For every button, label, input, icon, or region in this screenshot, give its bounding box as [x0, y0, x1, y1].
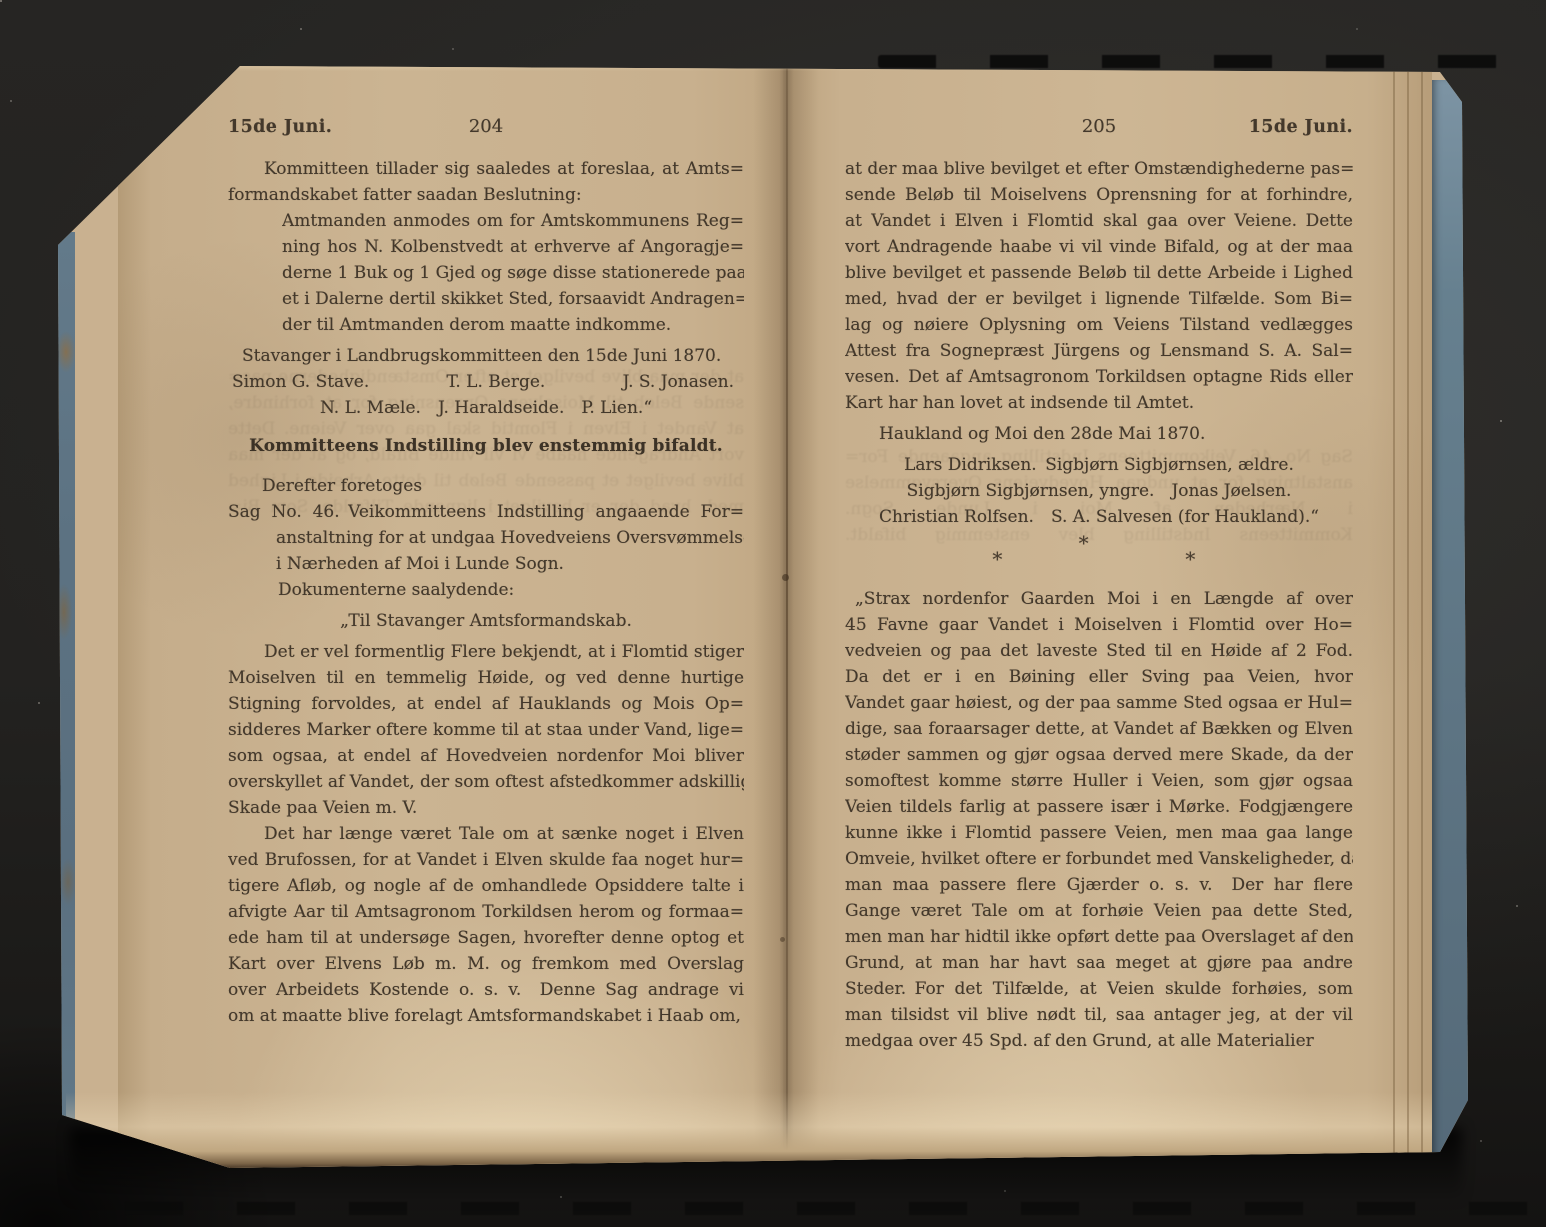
text-line: Vandet gaar høiest, og der paa samme Ste… [845, 690, 1353, 716]
text-line: sidderes Marker oftere komme til at staa… [228, 717, 744, 743]
text-line: ved Brufossen, for at Vandet i Elven sku… [228, 847, 744, 873]
text-line: Steder. For det Tilfælde, at Veien skuld… [845, 976, 1353, 1002]
separator-asterisk: * [1185, 546, 1195, 572]
text-line: „Strax nordenfor Gaarden Moi i en Længde… [845, 586, 1353, 612]
text-line: kunne ikke i Flomtid passere Veien, men … [845, 820, 1353, 846]
text-block: „Til Stavanger Amtsformandskab. [228, 608, 744, 634]
asterisk-separator: *** [845, 534, 1353, 584]
text-line: derne 1 Buk og 1 Gjed og søge disse stat… [282, 260, 744, 286]
text-line: Christian Rolfsen. S. A. Salvesen (for H… [845, 504, 1353, 530]
text-line: Det har længe været Tale om at sænke nog… [228, 821, 744, 847]
text-line: man tilsidst vil blive nødt til, saa ant… [845, 1002, 1353, 1028]
text-line: Dokumenterne saalydende: [278, 577, 744, 603]
right-page-text-column: 205 15de Juni. at der maa blive bevilget… [845, 114, 1353, 1054]
text-line: om at maatte blive forelagt Amtsformands… [228, 1003, 744, 1029]
text-line: vedveien og paa det laveste Sted til en … [845, 638, 1353, 664]
text-block: Det er vel formentlig Flere bekjendt, at… [228, 639, 744, 821]
separator-asterisk: * [992, 546, 1002, 572]
text-block: Lars Didriksen. Sigbjørn Sigbjørnsen, æl… [845, 452, 1353, 530]
text-line: et i Dalerne dertil skikket Sted, forsaa… [282, 286, 744, 312]
text-line: Kommitteens Indstilling blev enstemmig b… [228, 433, 744, 459]
page-number-left: 204 [228, 114, 744, 140]
text-line: vort Andragende haabe vi vil vinde Bifal… [845, 234, 1353, 260]
text-line: Haukland og Moi den 28de Mai 1870. [879, 421, 1353, 447]
text-line: Lars Didriksen. Sigbjørn Sigbjørnsen, æl… [845, 452, 1353, 478]
book-cover-edge-right [1432, 80, 1470, 1154]
text-line: Attest fra Sognepræst Jürgens og Lensman… [845, 338, 1353, 364]
text-line: anstaltning for at undgaa Hovedveiens Ov… [228, 525, 744, 551]
text-line: N. L. Mæle. J. Haraldseide. P. Lien.“ [228, 395, 744, 421]
text-block: Sag No. 46. Veikommitteens Indstilling a… [228, 499, 744, 577]
text-line: at Vandet i Elven i Flomtid skal gaa ove… [845, 208, 1353, 234]
signature-name: T. L. Berge. [447, 369, 546, 395]
book-gutter [753, 62, 819, 1168]
text-line: formandskabet fatter saadan Beslutning: [228, 182, 744, 208]
signature-name: Simon G. Stave. [232, 369, 369, 395]
text-line: Kart over Elvens Løb m. M. og fremkom me… [228, 951, 744, 977]
left-page-text-column: 15de Juni. 204 Kommitteen tillader sig s… [228, 114, 744, 1029]
text-line: overskyllet af Vandet, der som oftest af… [228, 769, 744, 795]
text-line: vesen. Det af Amtsagronom Torkildsen opt… [845, 364, 1353, 390]
text-line: i Nærheden af Moi i Lunde Sogn. [228, 551, 744, 577]
text-line: lag og nøiere Oplysning om Veiens Tilsta… [845, 312, 1353, 338]
text-line: Moiselven til en temmelig Høide, og ved … [228, 665, 744, 691]
text-block: at der maa blive bevilget et efter Omstæ… [845, 156, 1353, 416]
text-block: Det har længe været Tale om at sænke nog… [228, 821, 744, 1029]
dust-specks [0, 0, 2, 2]
text-line: Grund, at man har havt saa meget at gjør… [845, 950, 1353, 976]
right-page-header: 205 15de Juni. [845, 114, 1353, 150]
text-line: Derefter foretoges [262, 473, 744, 499]
separator-asterisk: * [1079, 530, 1089, 556]
text-block: Kommitteens Indstilling blev enstemmig b… [228, 433, 744, 459]
text-line: Sigbjørn Sigbjørnsen, yngre. Jonas Jøels… [845, 478, 1353, 504]
text-line: sende Beløb til Moiselvens Oprensning fo… [845, 182, 1353, 208]
text-line: somoftest komme større Huller i Veien, s… [845, 768, 1353, 794]
text-block: „Strax nordenfor Gaarden Moi i en Længde… [845, 586, 1353, 1054]
text-line: Gange været Tale om at forhøie Veien paa… [845, 898, 1353, 924]
backdrop-dash-marks-top [878, 55, 1546, 68]
text-line: med, hvad der er bevilget i lignende Til… [845, 286, 1353, 312]
text-line: som ogsaa, at endel af Hovedveien norden… [228, 743, 744, 769]
text-line: tigere Afløb, og nogle af de omhandlede … [228, 873, 744, 899]
header-date-right: 15de Juni. [1249, 114, 1353, 140]
text-line: afvigte Aar til Amtsagronom Torkildsen h… [228, 899, 744, 925]
left-page-header: 15de Juni. 204 [228, 114, 744, 150]
text-line: „Til Stavanger Amtsformandskab. [228, 608, 744, 634]
text-block: Stavanger i Landbrugskommitteen den 15de… [228, 343, 744, 369]
text-line: over Arbeidets Kostende o. s. v. Denne S… [228, 977, 744, 1003]
open-book: 15de Juni. 204 Kommitteen tillader sig s… [58, 62, 1472, 1174]
text-line: dige, saa foraarsager dette, at Vandet a… [845, 716, 1353, 742]
text-line: blive bevilget et passende Beløb til det… [845, 260, 1353, 286]
text-line: Stigning forvoldes, at endel af Haukland… [228, 691, 744, 717]
text-line: støder sammen og gjør ogsaa derved mere … [845, 742, 1353, 768]
text-block: Amtmanden anmodes om for Amtskommunens R… [228, 208, 744, 338]
text-block: Derefter foretoges [228, 473, 744, 499]
text-block: Kommitteen tillader sig saaledes at fore… [228, 156, 744, 208]
text-line: man maa passere flere Gjærder o. s. v. D… [845, 872, 1353, 898]
text-line: men man har hidtil ikke opført dette paa… [845, 924, 1353, 950]
text-block: Haukland og Moi den 28de Mai 1870. [845, 421, 1353, 447]
text-line: der til Amtmanden derom maatte indkomme. [282, 312, 744, 338]
text-line: Stavanger i Landbrugskommitteen den 15de… [242, 343, 744, 369]
text-line: Veien tildels farlig at passere især i M… [845, 794, 1353, 820]
text-line: Kart har han lovet at indsende til Amtet… [845, 390, 1353, 416]
text-line: ning hos N. Kolbenstvedt at erhverve af … [282, 234, 744, 260]
text-line: Da det er i en Bøining eller Sving paa V… [845, 664, 1353, 690]
text-block: Dokumenterne saalydende: [228, 577, 744, 603]
page-stack-edges-right [1384, 70, 1432, 1154]
text-line: Det er vel formentlig Flere bekjendt, at… [228, 639, 744, 665]
text-line: Kommitteen tillader sig saaledes at fore… [228, 156, 744, 182]
backdrop-dash-marks-bottom [125, 1202, 1546, 1215]
text-line: 45 Favne gaar Vandet i Moiselven i Flomt… [845, 612, 1353, 638]
text-line: Omveie, hvilket oftere er forbundet med … [845, 846, 1353, 872]
text-line: Skade paa Veien m. V. [228, 795, 744, 821]
signature-row: Simon G. Stave.T. L. Berge.J. S. Jonasen… [228, 369, 744, 395]
signature-name: J. S. Jonasen. [623, 369, 734, 395]
text-line: medgaa over 45 Spd. af den Grund, at all… [845, 1028, 1353, 1054]
text-line: Sag No. 46. Veikommitteens Indstilling a… [228, 499, 744, 525]
text-block: N. L. Mæle. J. Haraldseide. P. Lien.“ [228, 395, 744, 421]
text-line: Amtmanden anmodes om for Amtskommunens R… [282, 208, 744, 234]
text-line: at der maa blive bevilget et efter Omstæ… [845, 156, 1353, 182]
text-line: ede ham til at undersøge Sagen, hvorefte… [228, 925, 744, 951]
photo-background: 15de Juni. 204 Kommitteen tillader sig s… [0, 0, 1546, 1227]
